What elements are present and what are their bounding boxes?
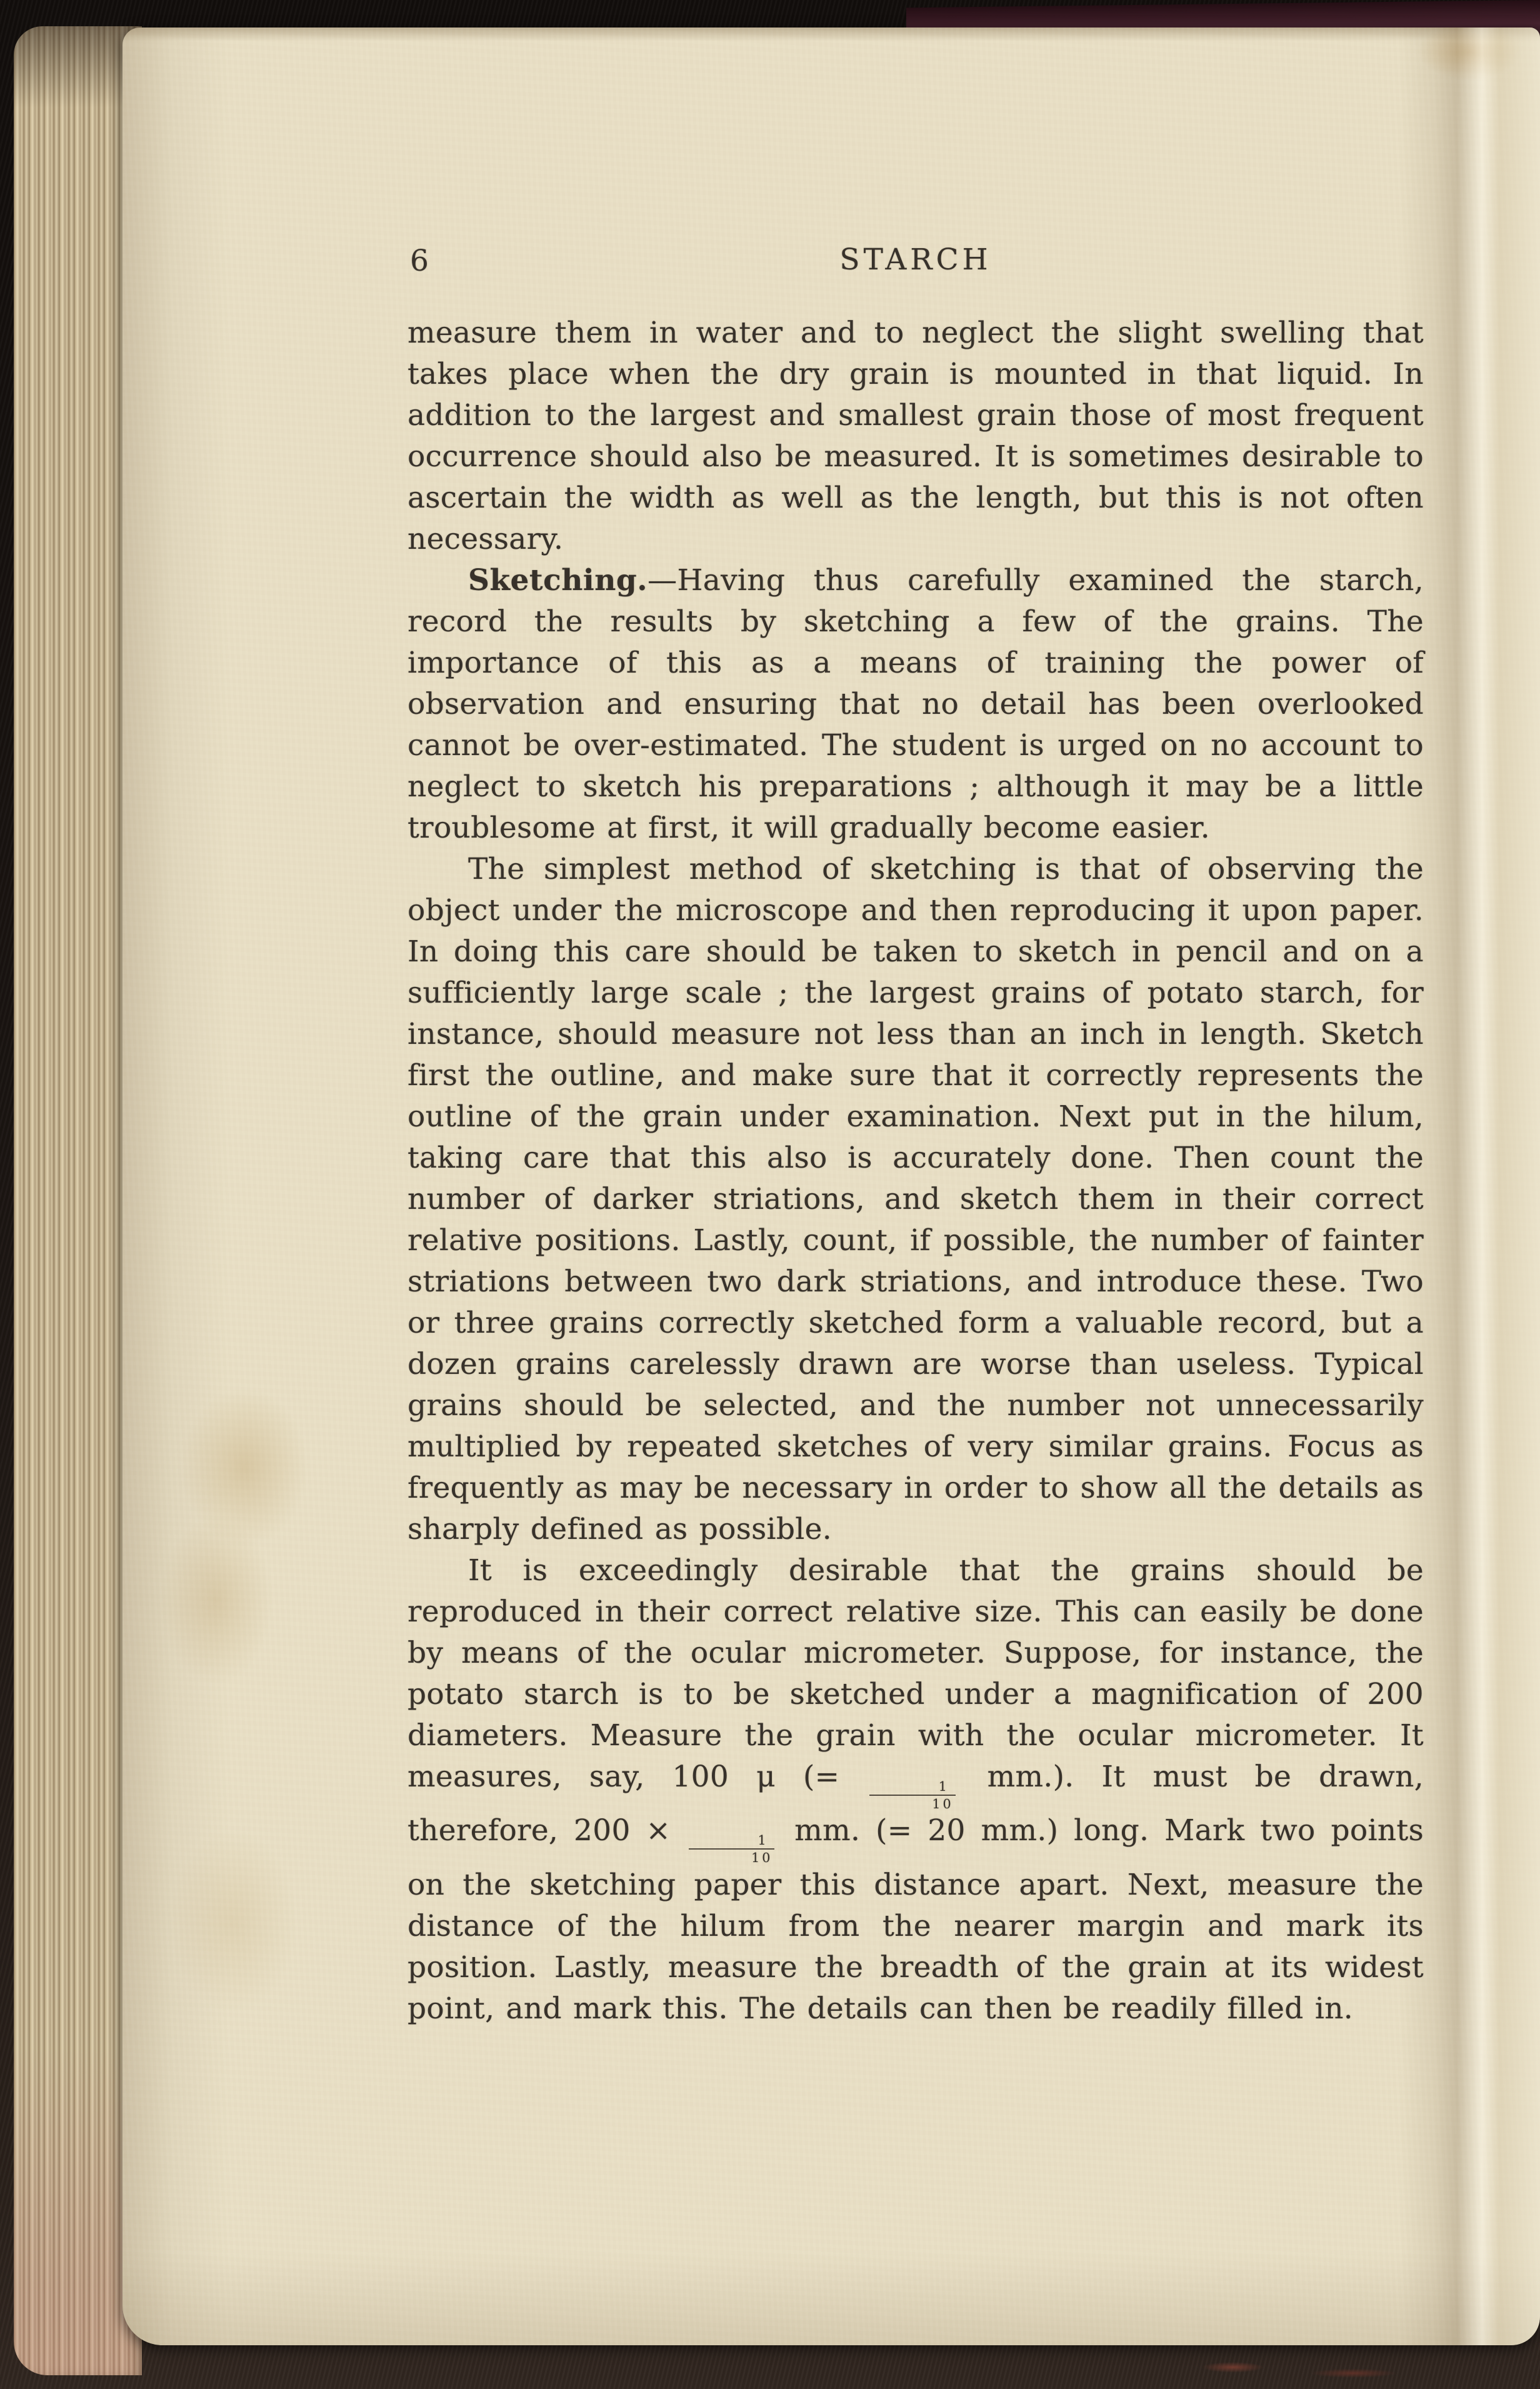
page-number: 6 xyxy=(410,246,429,276)
running-header-title: STARCH xyxy=(839,245,991,274)
book-photo: 6 STARCH measure them in water and to ne… xyxy=(0,0,1540,2389)
fraction-one-tenth: 110 xyxy=(689,1834,774,1864)
cover-wear-marks xyxy=(1175,2351,1437,2386)
fraction-numerator: 1 xyxy=(696,1834,768,1848)
printed-text: 6 STARCH measure them in water and to ne… xyxy=(407,245,1424,2030)
paragraph-text: —Having thus carefully examined the star… xyxy=(407,563,1424,845)
paragraph-method: The simplest method of sketching is that… xyxy=(407,849,1424,1550)
paragraph-sketching: Sketching.—Having thus carefully examine… xyxy=(407,560,1424,849)
fraction-numerator: 1 xyxy=(876,1780,949,1795)
paragraph-measuring: measure them in water and to neglect the… xyxy=(407,313,1424,560)
paragraph-lead-word: Sketching. xyxy=(468,563,647,598)
body-text: measure them in water and to neglect the… xyxy=(407,313,1424,2030)
paragraph-micrometer: It is exceedingly desirable that the gra… xyxy=(407,1550,1424,2030)
paragraph-text: It is exceedingly desirable that the gra… xyxy=(407,1553,1424,1794)
fraction-denominator: 10 xyxy=(869,1795,955,1811)
running-head: 6 STARCH xyxy=(407,245,1424,284)
fraction-denominator: 10 xyxy=(689,1848,774,1865)
paragraph-text: measure them in water and to neglect the… xyxy=(407,316,1424,556)
fraction-one-tenth: 110 xyxy=(869,1780,955,1810)
paragraph-text: The simplest method of sketching is that… xyxy=(407,852,1424,1546)
